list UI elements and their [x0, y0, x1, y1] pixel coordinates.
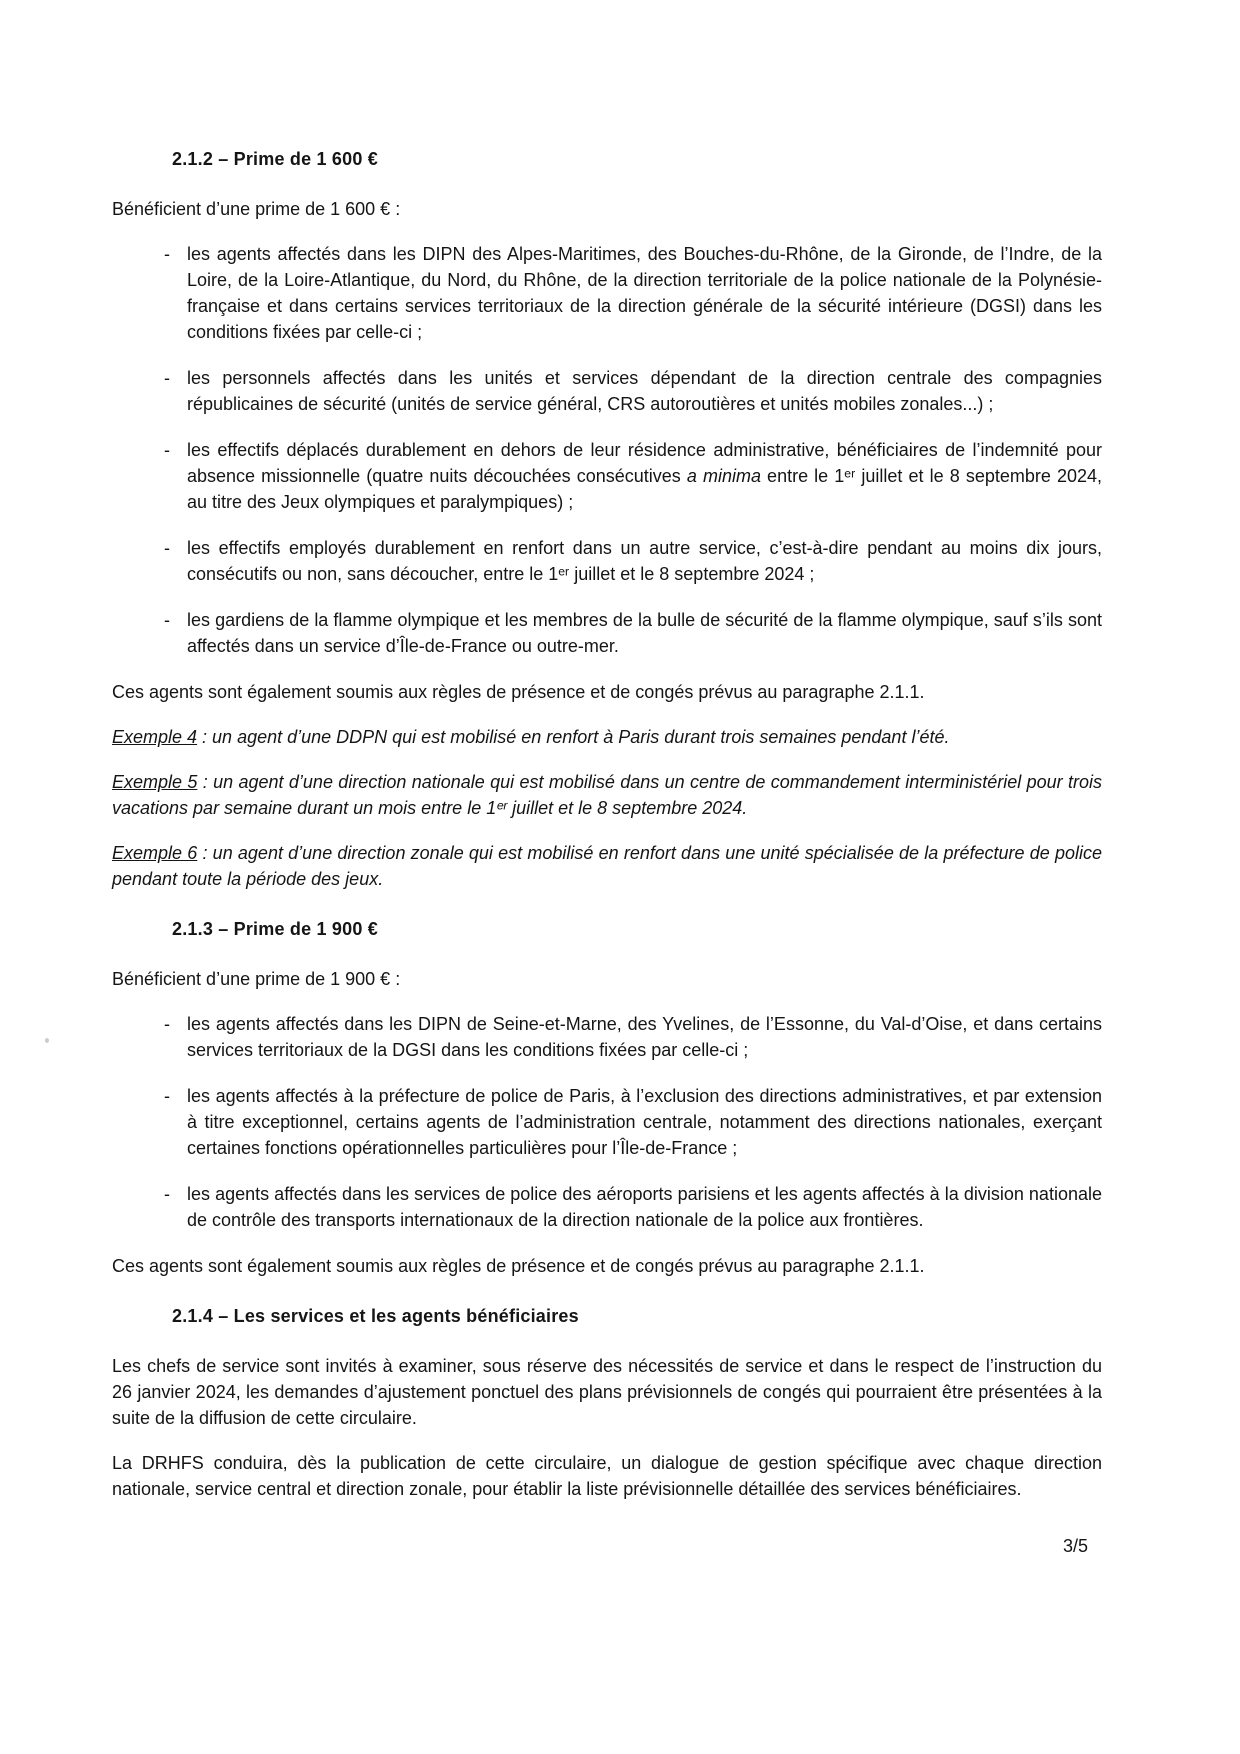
example-body: : un agent d’une direction nationale qui…	[112, 772, 1102, 818]
bullet-item: - les agents affectés dans les DIPN des …	[112, 241, 1102, 345]
bullet-dash: -	[164, 535, 170, 561]
bullet-dash: -	[164, 607, 170, 633]
bullet-dash: -	[164, 1011, 170, 1037]
presence-note: Ces agents sont également soumis aux règ…	[112, 679, 1102, 705]
bullet-item: - les agents affectés à la préfecture de…	[112, 1083, 1102, 1161]
bullet-item: - les effectifs employés durablement en …	[112, 535, 1102, 587]
section-heading: 2.1.2 – Prime de 1 600 €	[172, 146, 1102, 172]
section-prime-1900: 2.1.3 – Prime de 1 900 € Bénéficient d’u…	[112, 916, 1102, 1279]
bullet-item: - les personnels affectés dans les unité…	[112, 365, 1102, 417]
example-body: : un agent d’une DDPN qui est mobilisé e…	[197, 727, 949, 747]
scan-speck	[45, 1038, 49, 1043]
example-paragraph: Exemple 4 : un agent d’une DDPN qui est …	[112, 724, 1102, 750]
bullet-item: - les agents affectés dans les DIPN de S…	[112, 1011, 1102, 1063]
page-number: 3/5	[1063, 1533, 1088, 1559]
bullet-text: les agents affectés dans les DIPN des Al…	[187, 244, 1102, 342]
bullet-item: - les gardiens de la flamme olympique et…	[112, 607, 1102, 659]
section-prime-1600: 2.1.2 – Prime de 1 600 € Bénéficient d’u…	[112, 146, 1102, 892]
bullet-text: les agents affectés dans les DIPN de Sei…	[187, 1014, 1102, 1060]
bullet-list: - les agents affectés dans les DIPN des …	[112, 241, 1102, 659]
bullet-text: les effectifs employés durablement en re…	[187, 538, 1102, 584]
bullet-item: - les effectifs déplacés durablement en …	[112, 437, 1102, 515]
bullet-dash: -	[164, 1181, 170, 1207]
bullet-text: les agents affectés à la préfecture de p…	[187, 1086, 1102, 1158]
example-label: Exemple 4	[112, 727, 197, 747]
section-heading: 2.1.3 – Prime de 1 900 €	[172, 916, 1102, 942]
bullet-dash: -	[164, 241, 170, 267]
bullet-list: - les agents affectés dans les DIPN de S…	[112, 1011, 1102, 1233]
example-body: : un agent d’une direction zonale qui es…	[112, 843, 1102, 889]
bullet-dash: -	[164, 1083, 170, 1109]
bullet-text: les gardiens de la flamme olympique et l…	[187, 610, 1102, 656]
bullet-dash: -	[164, 365, 170, 391]
section-intro: Bénéficient d’une prime de 1 900 € :	[112, 966, 1102, 992]
example-label: Exemple 5	[112, 772, 197, 792]
body-paragraph: La DRHFS conduira, dès la publication de…	[112, 1450, 1102, 1502]
bullet-text: les agents affectés dans les services de…	[187, 1184, 1102, 1230]
bullet-text-italic: a minima	[687, 466, 761, 486]
section-beneficiaires: 2.1.4 – Les services et les agents bénéf…	[112, 1303, 1102, 1502]
section-intro: Bénéficient d’une prime de 1 600 € :	[112, 196, 1102, 222]
page-content: 2.1.2 – Prime de 1 600 € Bénéficient d’u…	[112, 146, 1102, 1521]
body-paragraph: Les chefs de service sont invités à exam…	[112, 1353, 1102, 1431]
bullet-dash: -	[164, 437, 170, 463]
bullet-item: - les agents affectés dans les services …	[112, 1181, 1102, 1233]
section-heading: 2.1.4 – Les services et les agents bénéf…	[172, 1303, 1102, 1329]
example-paragraph: Exemple 5 : un agent d’une direction nat…	[112, 769, 1102, 821]
bullet-text: les personnels affectés dans les unités …	[187, 368, 1102, 414]
example-paragraph: Exemple 6 : un agent d’une direction zon…	[112, 840, 1102, 892]
document-page: 2.1.2 – Prime de 1 600 € Bénéficient d’u…	[0, 0, 1240, 1754]
presence-note: Ces agents sont également soumis aux règ…	[112, 1253, 1102, 1279]
example-label: Exemple 6	[112, 843, 197, 863]
